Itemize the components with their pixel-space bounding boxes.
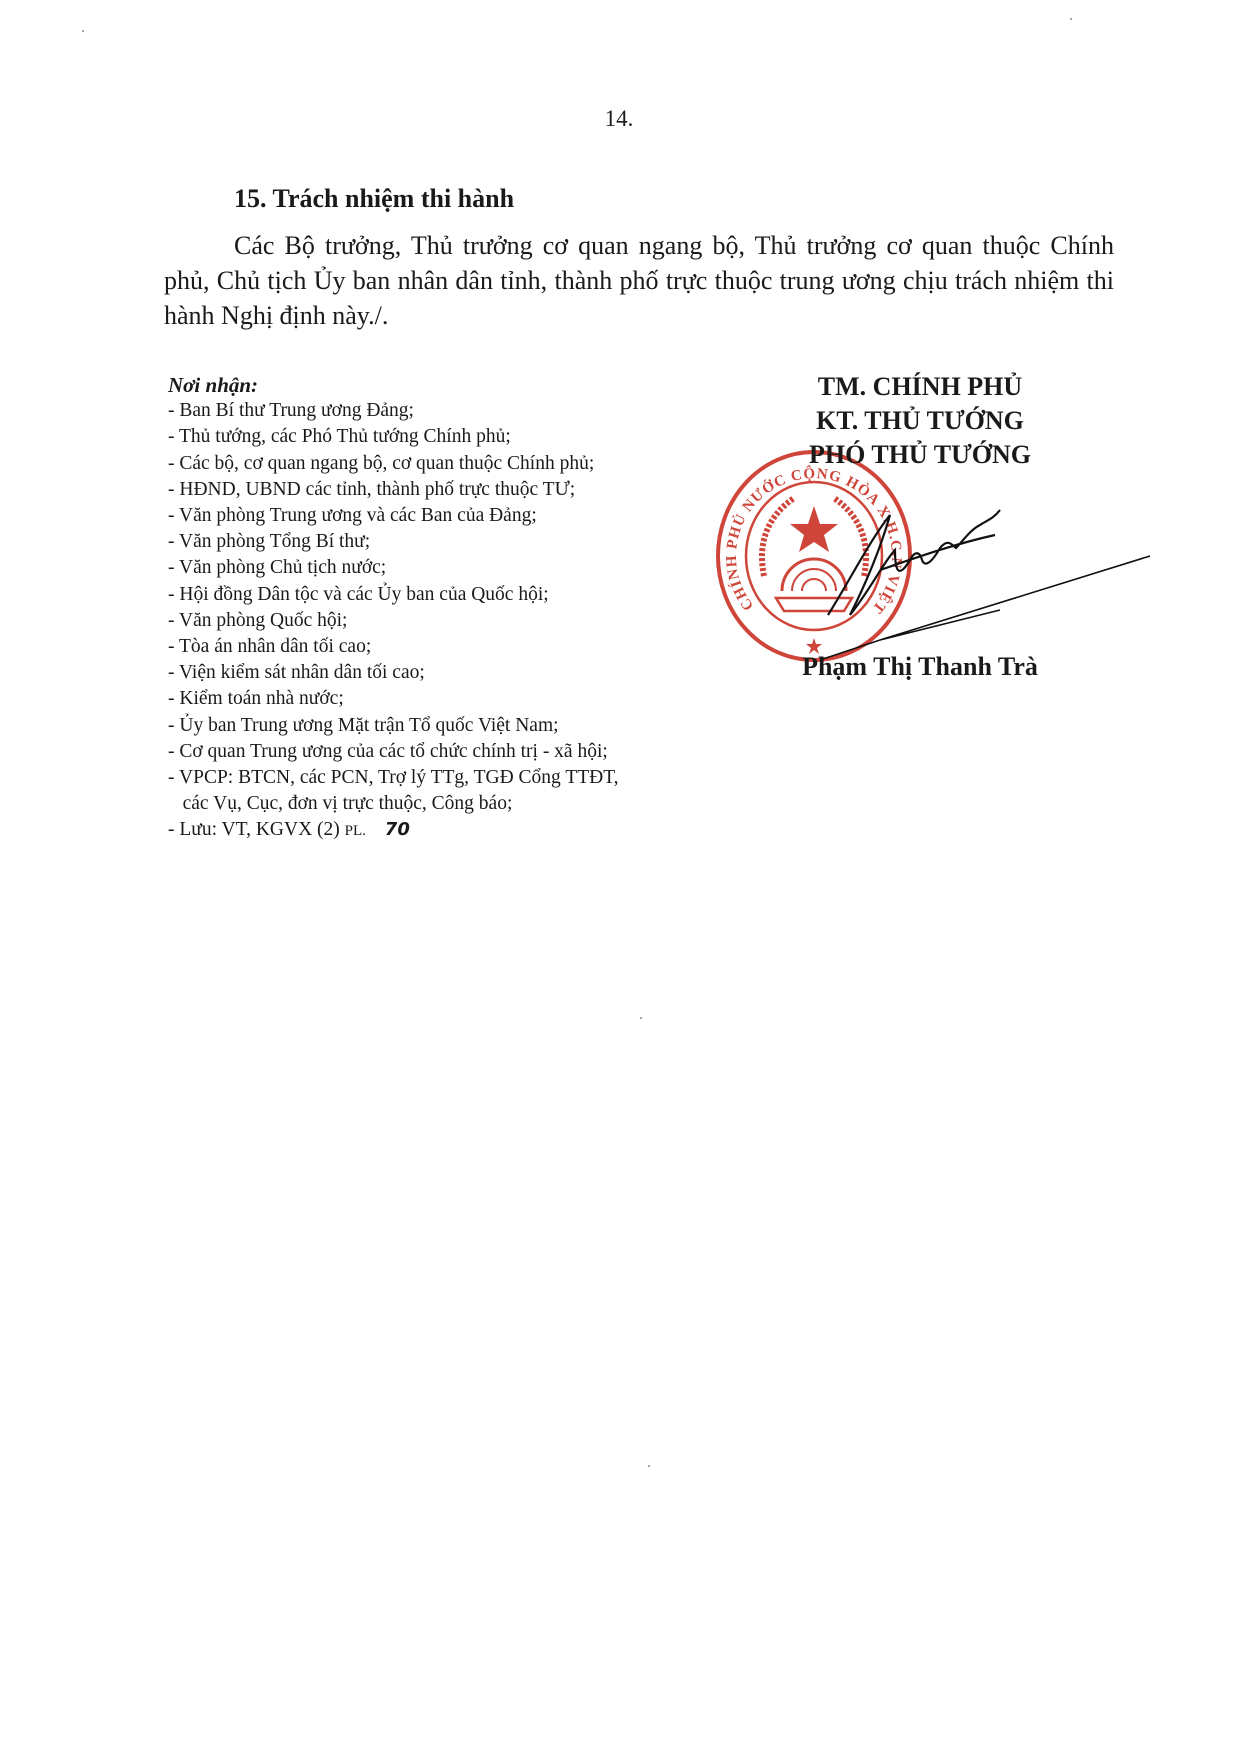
signature-block: TM. CHÍNH PHỦ KT. THỦ TƯỚNG PHÓ THỦ TƯỚN… [760, 370, 1080, 472]
recipient-archive: - Lưu: VT, KGVX (2) PL. 70 [168, 817, 728, 844]
signature-line-3: PHÓ THỦ TƯỚNG [760, 438, 1080, 472]
recipient-item: - Viện kiểm sát nhân dân tối cao; [168, 660, 728, 686]
recipient-item: - HĐND, UBND các tỉnh, thành phố trực th… [168, 477, 728, 503]
archive-suffix: PL. [345, 823, 366, 839]
handwritten-count: 70 [385, 819, 410, 840]
page-number: 14. [0, 106, 1238, 132]
recipient-item: - Hội đồng Dân tộc và các Ủy ban của Quố… [168, 582, 728, 608]
scan-speck [640, 1017, 642, 1019]
archive-text: - Lưu: VT, KGVX (2) [168, 819, 340, 840]
recipients-block: Nơi nhận: - Ban Bí thư Trung ương Đảng;-… [168, 372, 728, 845]
recipient-item: - Cơ quan Trung ương của các tổ chức chí… [168, 739, 728, 765]
scan-speck [648, 1465, 650, 1467]
scan-speck [1070, 18, 1072, 20]
recipient-item: các Vụ, Cục, đơn vị trực thuộc, Công báo… [168, 791, 728, 817]
recipient-item: - Văn phòng Quốc hội; [168, 608, 728, 634]
recipient-item: - Các bộ, cơ quan ngang bộ, cơ quan thuộ… [168, 451, 728, 477]
handwritten-signature-icon [780, 490, 1180, 670]
recipient-item: - Ban Bí thư Trung ương Đảng; [168, 398, 728, 424]
recipient-item: - Ủy ban Trung ương Mặt trận Tổ quốc Việ… [168, 713, 728, 739]
signature-line-1: TM. CHÍNH PHỦ [760, 370, 1080, 404]
recipients-title: Nơi nhận: [168, 372, 728, 398]
section-heading: 15. Trách nhiệm thi hành [234, 184, 514, 214]
recipient-item: - Văn phòng Chủ tịch nước; [168, 555, 728, 581]
recipient-item: - VPCP: BTCN, các PCN, Trợ lý TTg, TGĐ C… [168, 765, 728, 791]
recipient-list: - Ban Bí thư Trung ương Đảng;- Thủ tướng… [168, 398, 728, 817]
recipient-item: - Văn phòng Tổng Bí thư; [168, 529, 728, 555]
section-body: Các Bộ trưởng, Thủ trưởng cơ quan ngang … [164, 228, 1114, 333]
signature-line-2: KT. THỦ TƯỚNG [760, 404, 1080, 438]
recipient-item: - Tòa án nhân dân tối cao; [168, 634, 728, 660]
recipient-item: - Văn phòng Trung ương và các Ban của Đả… [168, 503, 728, 529]
recipient-item: - Kiểm toán nhà nước; [168, 686, 728, 712]
scan-speck [82, 30, 84, 32]
recipient-item: - Thủ tướng, các Phó Thủ tướng Chính phủ… [168, 424, 728, 450]
